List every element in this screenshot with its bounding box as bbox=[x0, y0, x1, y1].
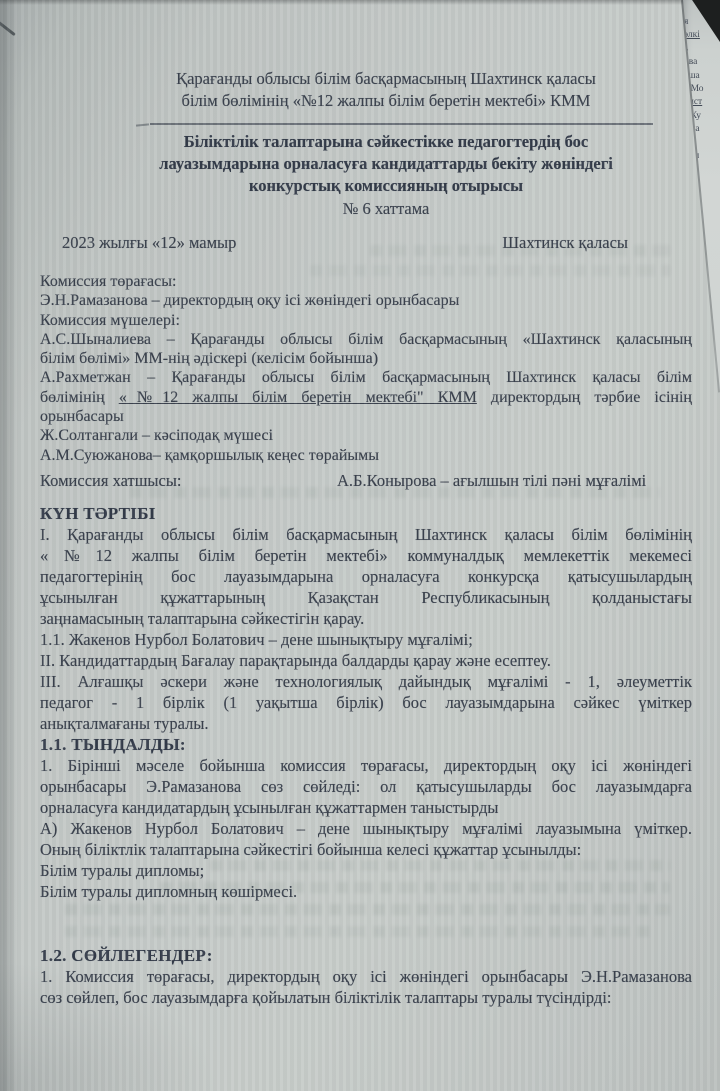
speakers-block: 1.2. СӨЙЛЕГЕНДЕР: 1. Комиссия төрағасы, … bbox=[40, 945, 692, 1008]
doc-line: орналасуға кандидатардың ұсынылған құжат… bbox=[40, 797, 692, 818]
member2-line2: бөлімінің «№12 жалпы білім беретін мекте… bbox=[40, 388, 692, 407]
main-page: Қарағанды облысы білім басқармасының Шах… bbox=[0, 0, 720, 1091]
doc-line: 1. Бірінші мәселе бойынша комиссия төрағ… bbox=[40, 755, 692, 776]
org-name-line2: білім бөлімінің «№12 жалпы білім беретін… bbox=[80, 90, 692, 112]
document-title: Біліктілік талаптарына сәйкестікке педаг… bbox=[80, 131, 692, 197]
doc-line: А) Жакенов Нурбол Болатович – дене шынық… bbox=[40, 818, 692, 839]
doc-line: педагогтерінің бос лауазымдарына орналас… bbox=[40, 566, 692, 587]
title-line3: конкурстық комиссияның отырысы bbox=[80, 175, 692, 197]
document-date: 2023 жылғы «12» мамыр bbox=[62, 232, 236, 253]
chair-label: Комиссия төрағасы: bbox=[40, 272, 692, 291]
left-edge-shadow bbox=[0, 0, 18, 1091]
title-line2: лауазымдарына орналасуға кандидаттарды б… bbox=[80, 153, 692, 175]
document-photo: яэлкіьоваашаа Молиста Куэшаа Гнзыоиябаба… bbox=[0, 0, 720, 1091]
title-line1: Біліктілік талаптарына сәйкестікке педаг… bbox=[80, 131, 692, 153]
doc-line: 1.1. Жакенов Нурбол Болатович – дене шын… bbox=[40, 629, 692, 650]
chair-name: Э.Н.Рамазанова – директордың оқу ісі жөн… bbox=[40, 291, 692, 310]
doc-line: Оның біліктлік талаптарына сәйкестігі бо… bbox=[40, 839, 692, 860]
doc-line: Білім туралы дипломның көшірмесі. bbox=[40, 881, 692, 902]
agenda-and-heard-block: КҮН ТӘРТІБІ I. Қарағанды облысы білім ба… bbox=[40, 503, 692, 902]
member1-line1: А.С.Шыналиева – Қарағанды облысы білім б… bbox=[40, 330, 692, 349]
bleed-through-text bbox=[65, 926, 655, 937]
member2-line2-post: директордың тәрбие ісінің bbox=[477, 389, 692, 406]
doc-line: III. Алғашқы әскери және технологиялық д… bbox=[40, 671, 692, 692]
member2-line2-underlined: «№12 жалпы білім беретін мектебі" КММ bbox=[119, 389, 477, 406]
committee-block: Комиссия төрағасы: Э.Н.Рамазанова – дире… bbox=[40, 272, 692, 465]
secretary-row: Комиссия хатшысы: А.Б.Конырова – ағылшын… bbox=[40, 470, 692, 491]
heard-heading: 1.1. ТЫНДАЛДЫ: bbox=[40, 734, 692, 755]
bleed-through-text bbox=[65, 904, 670, 915]
members-label: Комиссия мүшелері: bbox=[40, 311, 692, 330]
doc-line: II. Кандидаттардың Бағалау парақтарында … bbox=[40, 650, 692, 671]
org-name-line1: Қарағанды облысы білім басқармасының Шах… bbox=[80, 68, 692, 90]
doc-line: ұсынылған құжаттарының Қазақстан Республ… bbox=[40, 587, 692, 608]
member4: А.М.Суюжанова– қамқоршылық кеңес төрайым… bbox=[40, 446, 692, 465]
secretary-name: А.Б.Конырова – ағылшын тілі пәні мұғалім… bbox=[337, 470, 646, 491]
doc-line: орынбасары Э.Рамазанова сөз сөйледі: ол … bbox=[40, 776, 692, 797]
doc-line: педагог - 1 бірлік (1 уақытша бірлік) бо… bbox=[40, 692, 692, 713]
member2-line3: орынбасары bbox=[40, 407, 692, 426]
member1-line2: білім бөлімі» ММ-нің әдіскері (келісім б… bbox=[40, 349, 692, 368]
agenda-heading: КҮН ТӘРТІБІ bbox=[40, 503, 692, 524]
member2-line2-pre: бөлімінің bbox=[40, 389, 119, 406]
org-header: Қарағанды облысы білім басқармасының Шах… bbox=[80, 68, 692, 112]
small-smudge bbox=[136, 123, 149, 126]
speakers-heading: 1.2. СӨЙЛЕГЕНДЕР: bbox=[40, 945, 692, 966]
secretary-label: Комиссия хатшысы: bbox=[40, 471, 182, 490]
doc-line: I. Қарағанды облысы білім басқармасының … bbox=[40, 524, 692, 545]
doc-line: 1. Комиссия төрағасы, директордың оқу іс… bbox=[40, 966, 692, 987]
doc-line: заңнамасының талаптарына сәйкестігін қар… bbox=[40, 608, 692, 629]
doc-line: «№12 жалпы білім беретін мектебі» коммун… bbox=[40, 545, 692, 566]
doc-line: Білім туралы дипломы; bbox=[40, 860, 692, 881]
date-city-row: 2023 жылғы «12» мамыр Шахтинск қаласы bbox=[62, 232, 628, 253]
protocol-number: № 6 хаттама bbox=[80, 198, 692, 219]
header-divider bbox=[150, 123, 653, 125]
member3: Ж.Солтангали – кәсіподақ мүшесі bbox=[40, 426, 692, 445]
document-city: Шахтинск қаласы bbox=[502, 232, 628, 253]
doc-line: сөз сөйлеп, бос лауазымдарға қойылатын б… bbox=[40, 987, 692, 1008]
member2-line1: А.Рахметжан – Қарағанды облысы білім бас… bbox=[40, 368, 692, 387]
doc-line: анықталмағаны туралы. bbox=[40, 713, 692, 734]
underpage-fragment: ь bbox=[684, 43, 720, 56]
